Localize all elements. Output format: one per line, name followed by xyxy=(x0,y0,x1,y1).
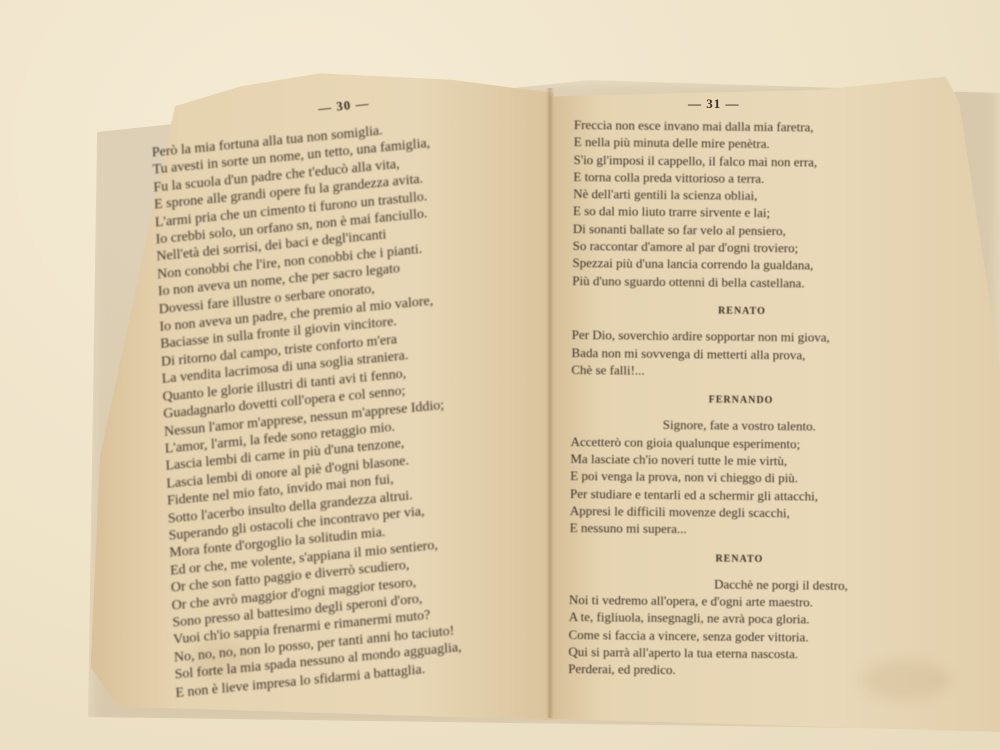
page-number-right: — 31 — xyxy=(688,96,740,112)
left-page-text: Però la mia fortuna alla tua non somigli… xyxy=(152,112,515,702)
right-page-text: Freccia non esce invano mai dalla mia fa… xyxy=(568,116,914,681)
speaker-heading: FERNANDO xyxy=(571,390,911,411)
verse-line: E nessuno mi supera... xyxy=(570,519,910,540)
verse-line: Chè se falli!... xyxy=(571,361,911,382)
speaker-heading: RENATO xyxy=(572,301,912,322)
verse-line: Perderai, ed predico. xyxy=(568,660,908,681)
verse-line: Più d'uno sguardo ottenni di bella caste… xyxy=(572,272,912,293)
book-gutter xyxy=(546,88,554,718)
speaker-heading: RENATO xyxy=(569,549,909,570)
